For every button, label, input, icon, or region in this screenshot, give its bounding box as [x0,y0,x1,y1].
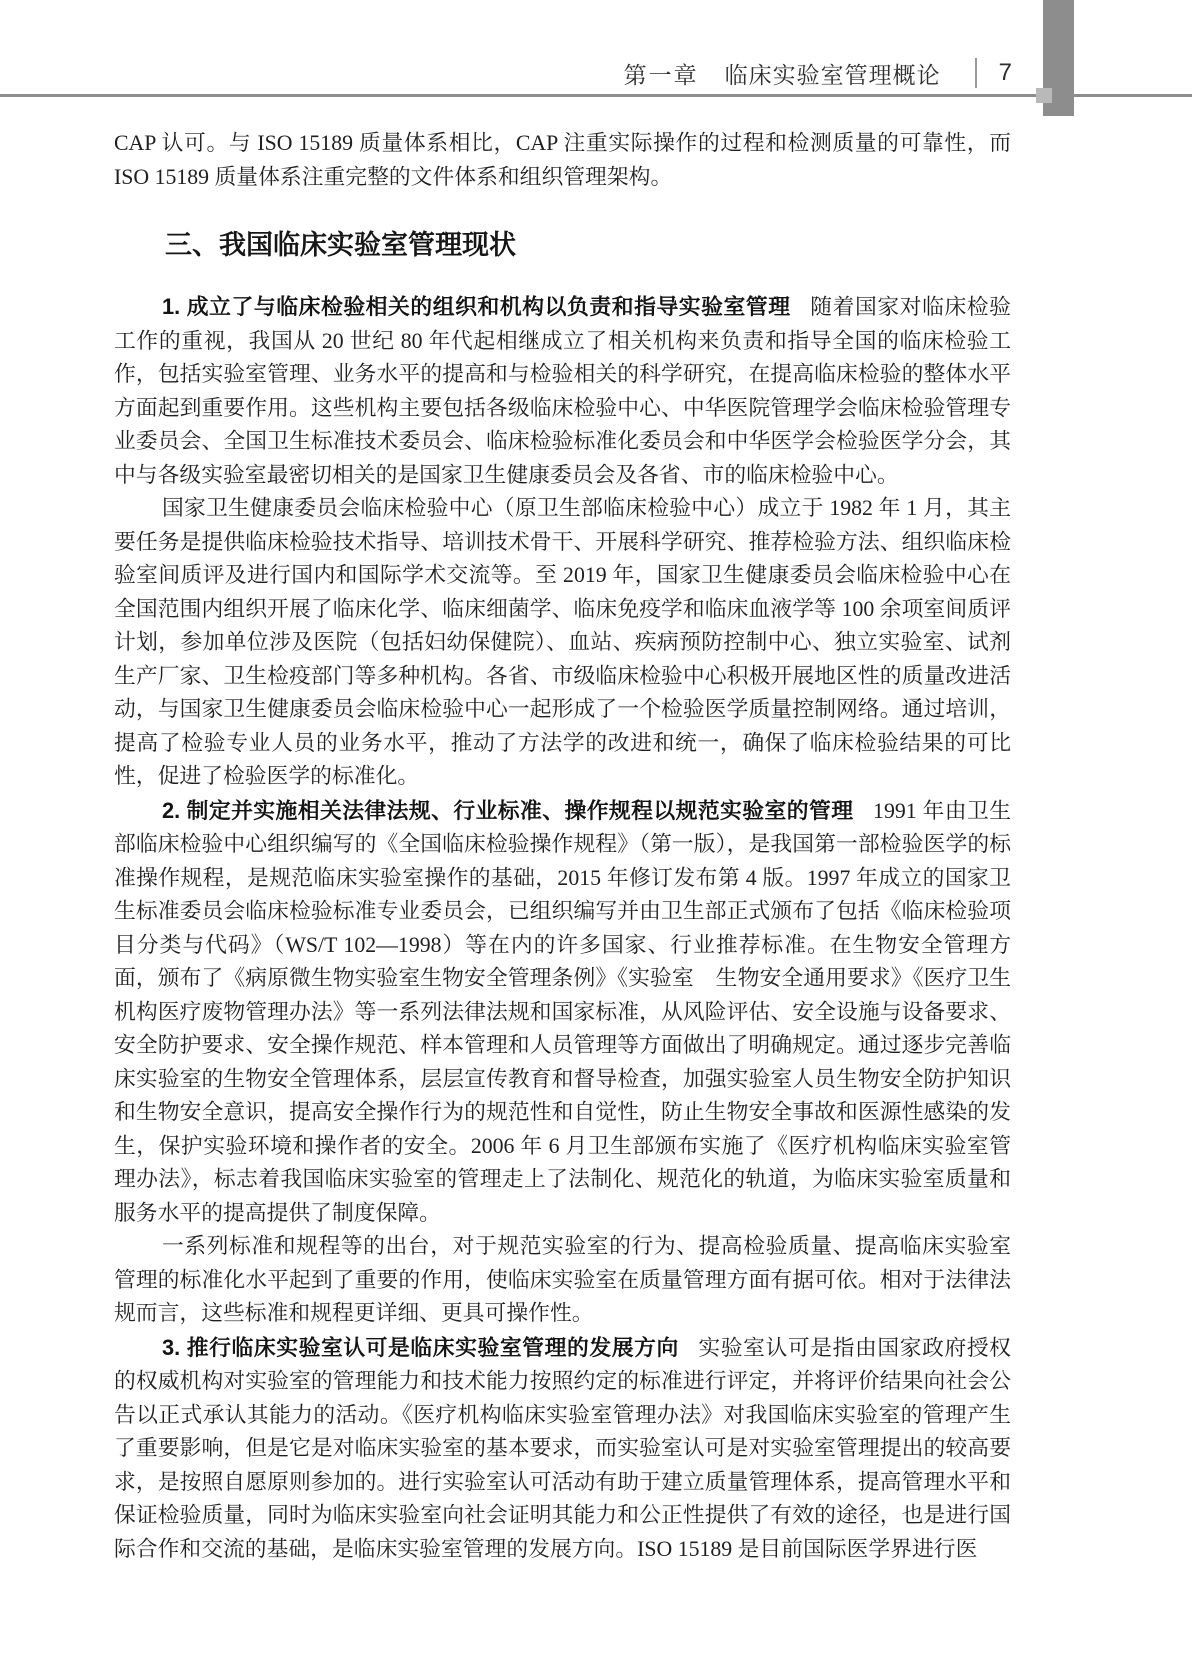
section-heading: 三、我国临床实验室管理现状 [114,225,1011,265]
running-head: 第一章 临床实验室管理概论 7 [624,56,1012,90]
paragraph-3-text: 1991 年由卫生部临床检验中心组织编写的《全国临床检验操作规程》（第一版），是… [114,799,1011,1225]
chapter-label: 第一章 [624,57,699,90]
body-text: CAP 认可。与 ISO 15189 质量体系相比，CAP 注重实际操作的过程和… [114,127,1011,1566]
page-number: 7 [999,59,1012,87]
book-page: 第一章 临床实验室管理概论 7 CAP 认可。与 ISO 15189 质量体系相… [0,0,1192,1653]
paragraph-1-lead: 1. 成立了与临床检验相关的组织和机构以负责和指导实验室管理 [162,294,791,319]
paragraph-2: 国家卫生健康委员会临床检验中心（原卫生部临床检验中心）成立于 1982 年 1 … [114,492,1011,794]
paragraph-5-lead: 3. 推行临床实验室认可是临床实验室管理的发展方向 [162,1335,679,1360]
paragraph-5: 3. 推行临床实验室认可是临床实验室管理的发展方向实验室认可是指由国家政府授权的… [114,1331,1011,1567]
paragraph-3: 2. 制定并实施相关法律法规、行业标准、操作规程以规范实验室的管理1991 年由… [114,794,1011,1231]
paragraph-5-text: 实验室认可是指由国家政府授权的权威机构对实验室的管理能力和技术能力按照约定的标准… [114,1336,1011,1561]
paragraph-4: 一系列标准和规程等的出台，对于规范实验室的行为、提高检验质量、提高临床实验室管理… [114,1230,1011,1331]
paragraph-2-text: 国家卫生健康委员会临床检验中心（原卫生部临床检验中心）成立于 1982 年 1 … [114,496,1011,788]
paragraph-3-lead: 2. 制定并实施相关法律法规、行业标准、操作规程以规范实验室的管理 [162,798,853,823]
paragraph-1-text: 随着国家对临床检验工作的重视，我国从 20 世纪 80 年代起相继成立了相关机构… [114,295,1011,487]
paragraph-1: 1. 成立了与临床检验相关的组织和机构以负责和指导实验室管理随着国家对临床检验工… [114,290,1011,492]
continuation-paragraph: CAP 认可。与 ISO 15189 质量体系相比，CAP 注重实际操作的过程和… [114,127,1011,194]
paragraph-4-text: 一系列标准和规程等的出台，对于规范实验室的行为、提高检验质量、提高临床实验室管理… [114,1234,1011,1325]
corner-square [1036,88,1052,103]
header-separator [975,58,977,88]
header-rule [0,94,1192,97]
chapter-title: 临床实验室管理概论 [725,57,941,90]
